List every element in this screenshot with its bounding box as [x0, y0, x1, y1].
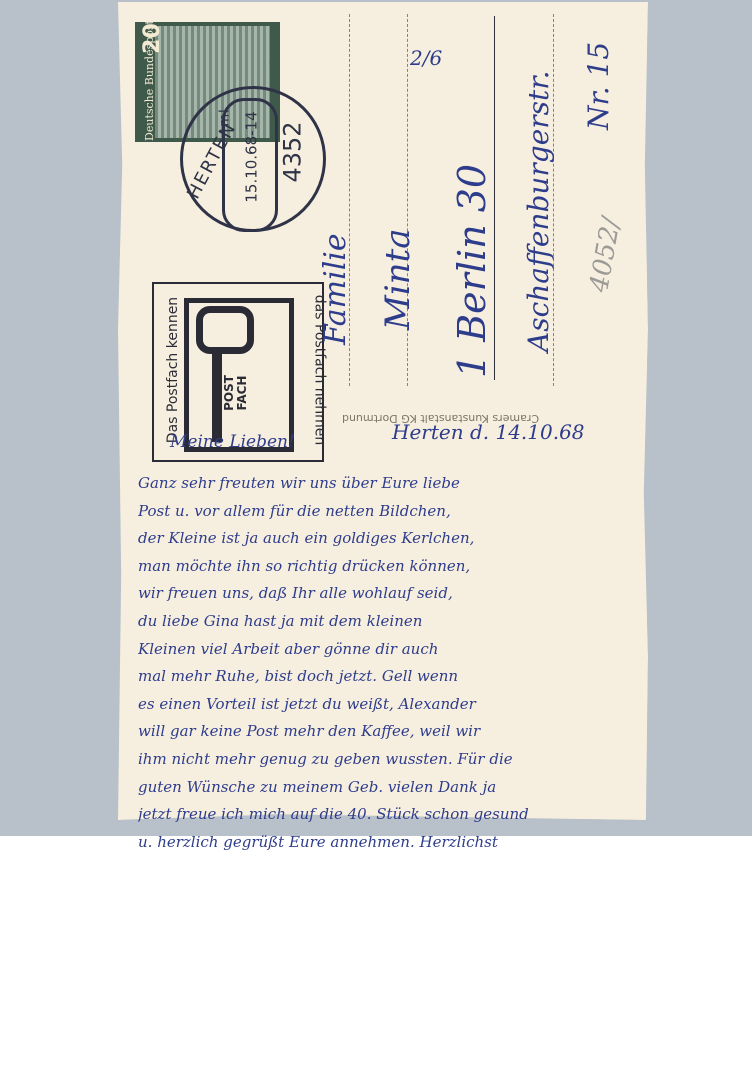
message-line: man möchte ihn so richtig drücken können…: [138, 553, 638, 581]
address-city: 1 Berlin 30: [450, 164, 494, 378]
postmark-postal-code: 4352: [279, 121, 307, 182]
message-line: u. herzlich gegrüßt Eure annehmen. Herzl…: [138, 829, 638, 857]
key-shaft: [212, 348, 222, 442]
message-line: guten Wünsche zu meinem Geb. vielen Dank…: [138, 774, 638, 802]
key-label-line2: FACH: [236, 375, 249, 411]
message-line: Post u. vor allem für die netten Bildche…: [138, 498, 638, 526]
message-line: ihm nicht mehr genug zu geben wussten. F…: [138, 746, 638, 774]
message-salutation: Meine Lieben!: [170, 432, 295, 452]
key-label: POST FACH: [223, 375, 249, 411]
message-line: es einen Vorteil ist jetzt du weißt, Ale…: [138, 691, 638, 719]
message-line: Ganz sehr freuten wir uns über Eure lieb…: [138, 470, 638, 498]
message-place-date: Herten d. 14.10.68: [392, 420, 585, 444]
postmark-code-letters: m!: [217, 109, 232, 127]
message-line: Kleinen viel Arbeit aber gönne dir auch: [138, 636, 638, 664]
message-line: will gar keine Post mehr den Kaffee, wei…: [138, 718, 638, 746]
address-apartment: 2/6: [410, 46, 442, 70]
key-icon: [196, 306, 254, 354]
address-house-number: Nr. 15: [582, 42, 615, 130]
message-line: mal mehr Ruhe, bist doch jetzt. Gell wen…: [138, 663, 638, 691]
address-name: Familie: [318, 233, 353, 345]
handwritten-message: Ganz sehr freuten wir uns über Eure lieb…: [138, 470, 638, 856]
message-line: wir freuen uns, daß Ihr alle wohlauf sei…: [138, 580, 638, 608]
stamp-value: 20: [140, 23, 165, 54]
message-line: du liebe Gina hast ja mit dem kleinen: [138, 608, 638, 636]
message-line: jetzt freue ich mich auf die 40. Stück s…: [138, 801, 638, 829]
address-surname: Minta: [378, 228, 418, 330]
message-line: der Kleine ist ja auch ein goldiges Kerl…: [138, 525, 638, 553]
address-line-3: [494, 16, 495, 380]
postmark-date: 15.10.68-14: [243, 111, 261, 202]
address-line-2: [407, 14, 408, 386]
ad-left-text: Das Postfach kennen: [165, 297, 181, 443]
address-street: Aschaffenburgerstr.: [522, 71, 555, 353]
